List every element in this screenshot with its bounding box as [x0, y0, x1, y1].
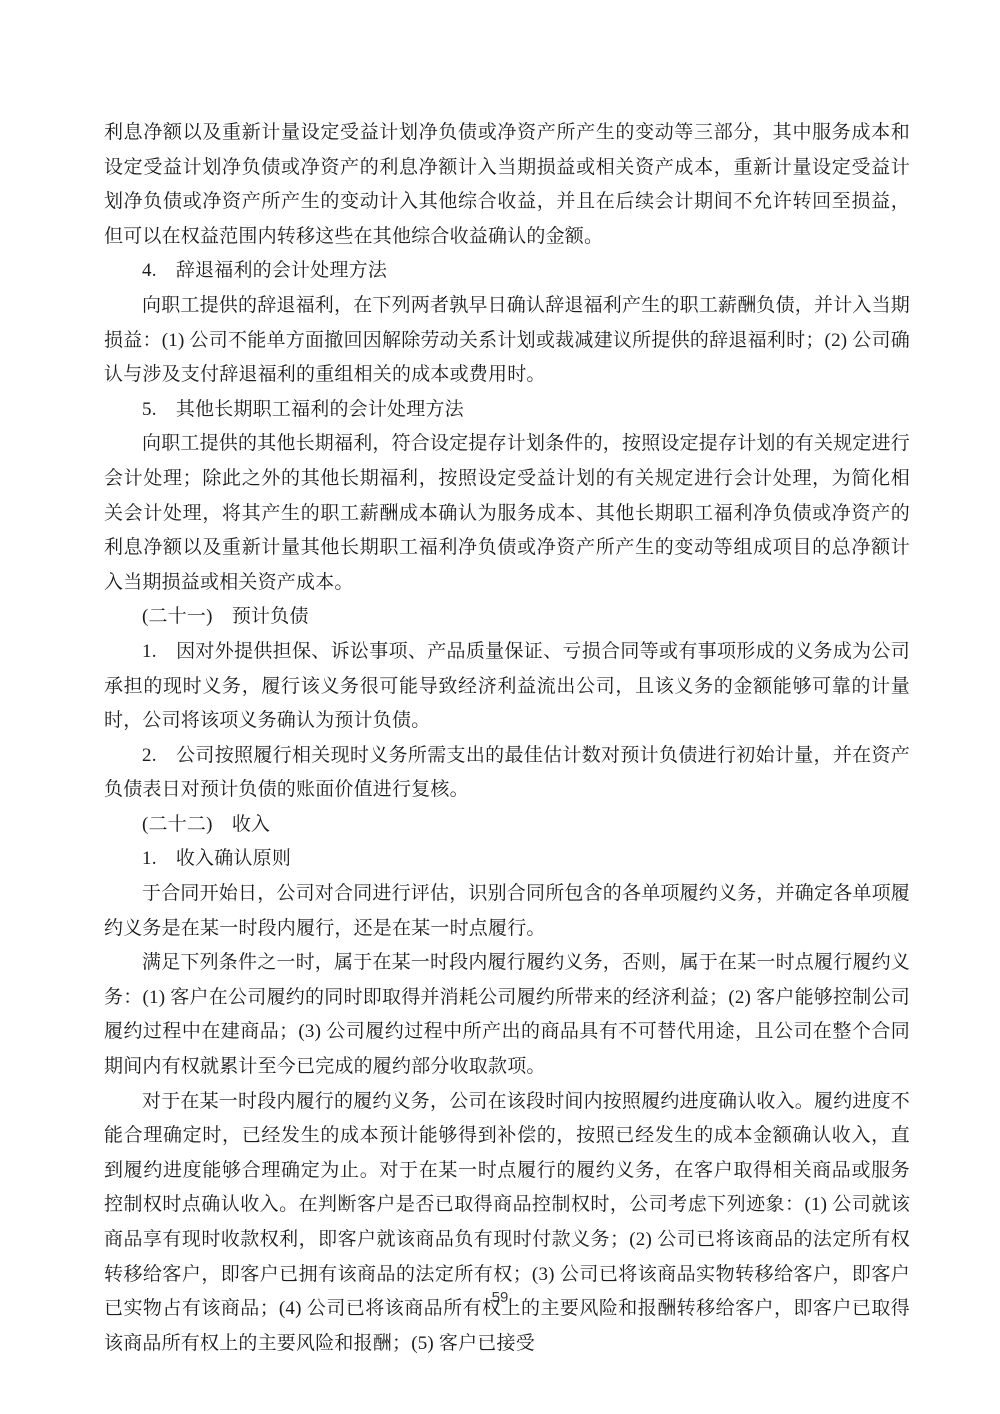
- page-body-text: 利息净额以及重新计量设定受益计划净负债或净资产所产生的变动等三部分，其中服务成本…: [104, 116, 910, 1361]
- paragraph: 1. 收入确认原则: [104, 842, 910, 877]
- paragraph: 5. 其他长期职工福利的会计处理方法: [104, 393, 910, 428]
- paragraph: 利息净额以及重新计量设定受益计划净负债或净资产所产生的变动等三部分，其中服务成本…: [104, 116, 910, 254]
- paragraph: 4. 辞退福利的会计处理方法: [104, 254, 910, 289]
- paragraph: 于合同开始日，公司对合同进行评估，识别合同所包含的各单项履约义务，并确定各单项履…: [104, 877, 910, 946]
- paragraph: 2. 公司按照履行相关现时义务所需支出的最佳估计数对预计负债进行初始计量，并在资…: [104, 739, 910, 808]
- paragraph: (二十二) 收入: [104, 808, 910, 843]
- page-number: 59: [0, 1289, 1000, 1306]
- paragraph: 向职工提供的其他长期福利，符合设定提存计划条件的，按照设定提存计划的有关规定进行…: [104, 427, 910, 600]
- paragraph: 1. 因对外提供担保、诉讼事项、产品质量保证、亏损合同等或有事项形成的义务成为公…: [104, 635, 910, 739]
- paragraph: 向职工提供的辞退福利，在下列两者孰早日确认辞退福利产生的职工薪酬负债，并计入当期…: [104, 289, 910, 393]
- document-page: 利息净额以及重新计量设定受益计划净负债或净资产所产生的变动等三部分，其中服务成本…: [0, 0, 1000, 1414]
- paragraph: (二十一) 预计负债: [104, 600, 910, 635]
- paragraph: 对于在某一时段内履行的履约义务，公司在该段时间内按照履约进度确认收入。履约进度不…: [104, 1085, 910, 1362]
- paragraph: 满足下列条件之一时，属于在某一时段内履行履约义务，否则，属于在某一时点履行履约义…: [104, 946, 910, 1084]
